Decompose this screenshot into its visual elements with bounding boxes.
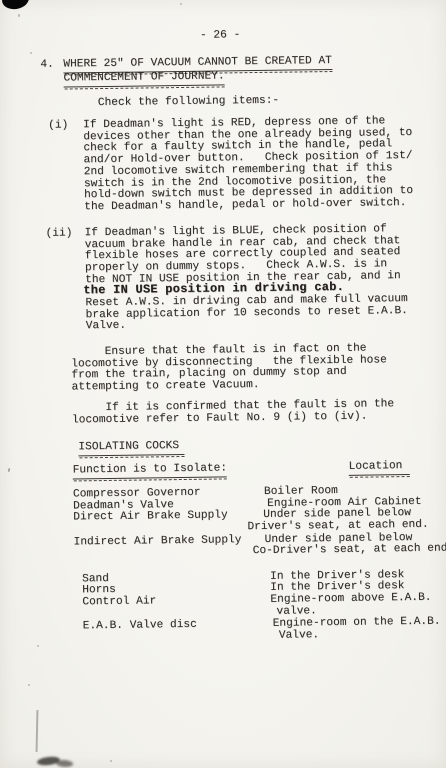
table-row-location-cont: Co-Driver's seat, at each end bbox=[253, 544, 446, 558]
scanned-document-page: - 26 - 4. WHERE 25" OF VACUUM CANNOT BE … bbox=[0, 0, 446, 768]
page-number: - 26 - bbox=[200, 30, 240, 42]
table-row-location-cont: Valve. bbox=[279, 630, 319, 642]
isolating-cocks-heading: ISOLATING COCKS bbox=[78, 441, 184, 456]
isolating-cocks-heading-text: ISOLATING COCKS bbox=[78, 441, 184, 456]
section-number: 4. bbox=[40, 58, 54, 72]
column-header-function: Function is to Isolate: bbox=[73, 463, 228, 479]
column-header-function-text: Function is to Isolate: bbox=[73, 463, 228, 479]
table-row-function: Indirect Air Brake Supply bbox=[74, 535, 242, 549]
column-header-location: Location bbox=[349, 461, 410, 475]
table-row-location: Engine-room above E.A.B. bbox=[270, 593, 431, 607]
column-header-location-text: Location bbox=[349, 461, 410, 475]
table-row-function: Control Air bbox=[82, 596, 156, 609]
item-ii-label: (ii) bbox=[45, 228, 72, 240]
table-row-function: E.A.B. Valve disc bbox=[83, 620, 197, 633]
intro-line: Check the following items:- bbox=[98, 96, 279, 110]
page-content: - 26 - 4. WHERE 25" OF VACUUM CANNOT BE … bbox=[0, 0, 446, 768]
item-i-label: (i) bbox=[48, 120, 68, 132]
item-ii-text-before: If Deadman's light is BLUE, check positi… bbox=[84, 224, 400, 287]
table-row-function: Direct Air Brake Supply bbox=[73, 511, 228, 525]
table-row-location: Engine-room on the E.A.B. bbox=[273, 617, 441, 631]
paragraph-confirmed: If it is confirmed that the fault is on … bbox=[72, 399, 395, 427]
item-i-text: If Deadman's light is RED, depress one o… bbox=[83, 116, 413, 214]
section-title-line2-text: COMMENCEMENT OF JOURNEY. bbox=[63, 69, 224, 87]
item-ii-text-after: Reset A.W.S. in driving cab and make ful… bbox=[85, 294, 408, 333]
section-title-line2: COMMENCEMENT OF JOURNEY. bbox=[63, 69, 224, 87]
paragraph-ensure: Ensure that the fault is in fact on the … bbox=[71, 343, 387, 394]
